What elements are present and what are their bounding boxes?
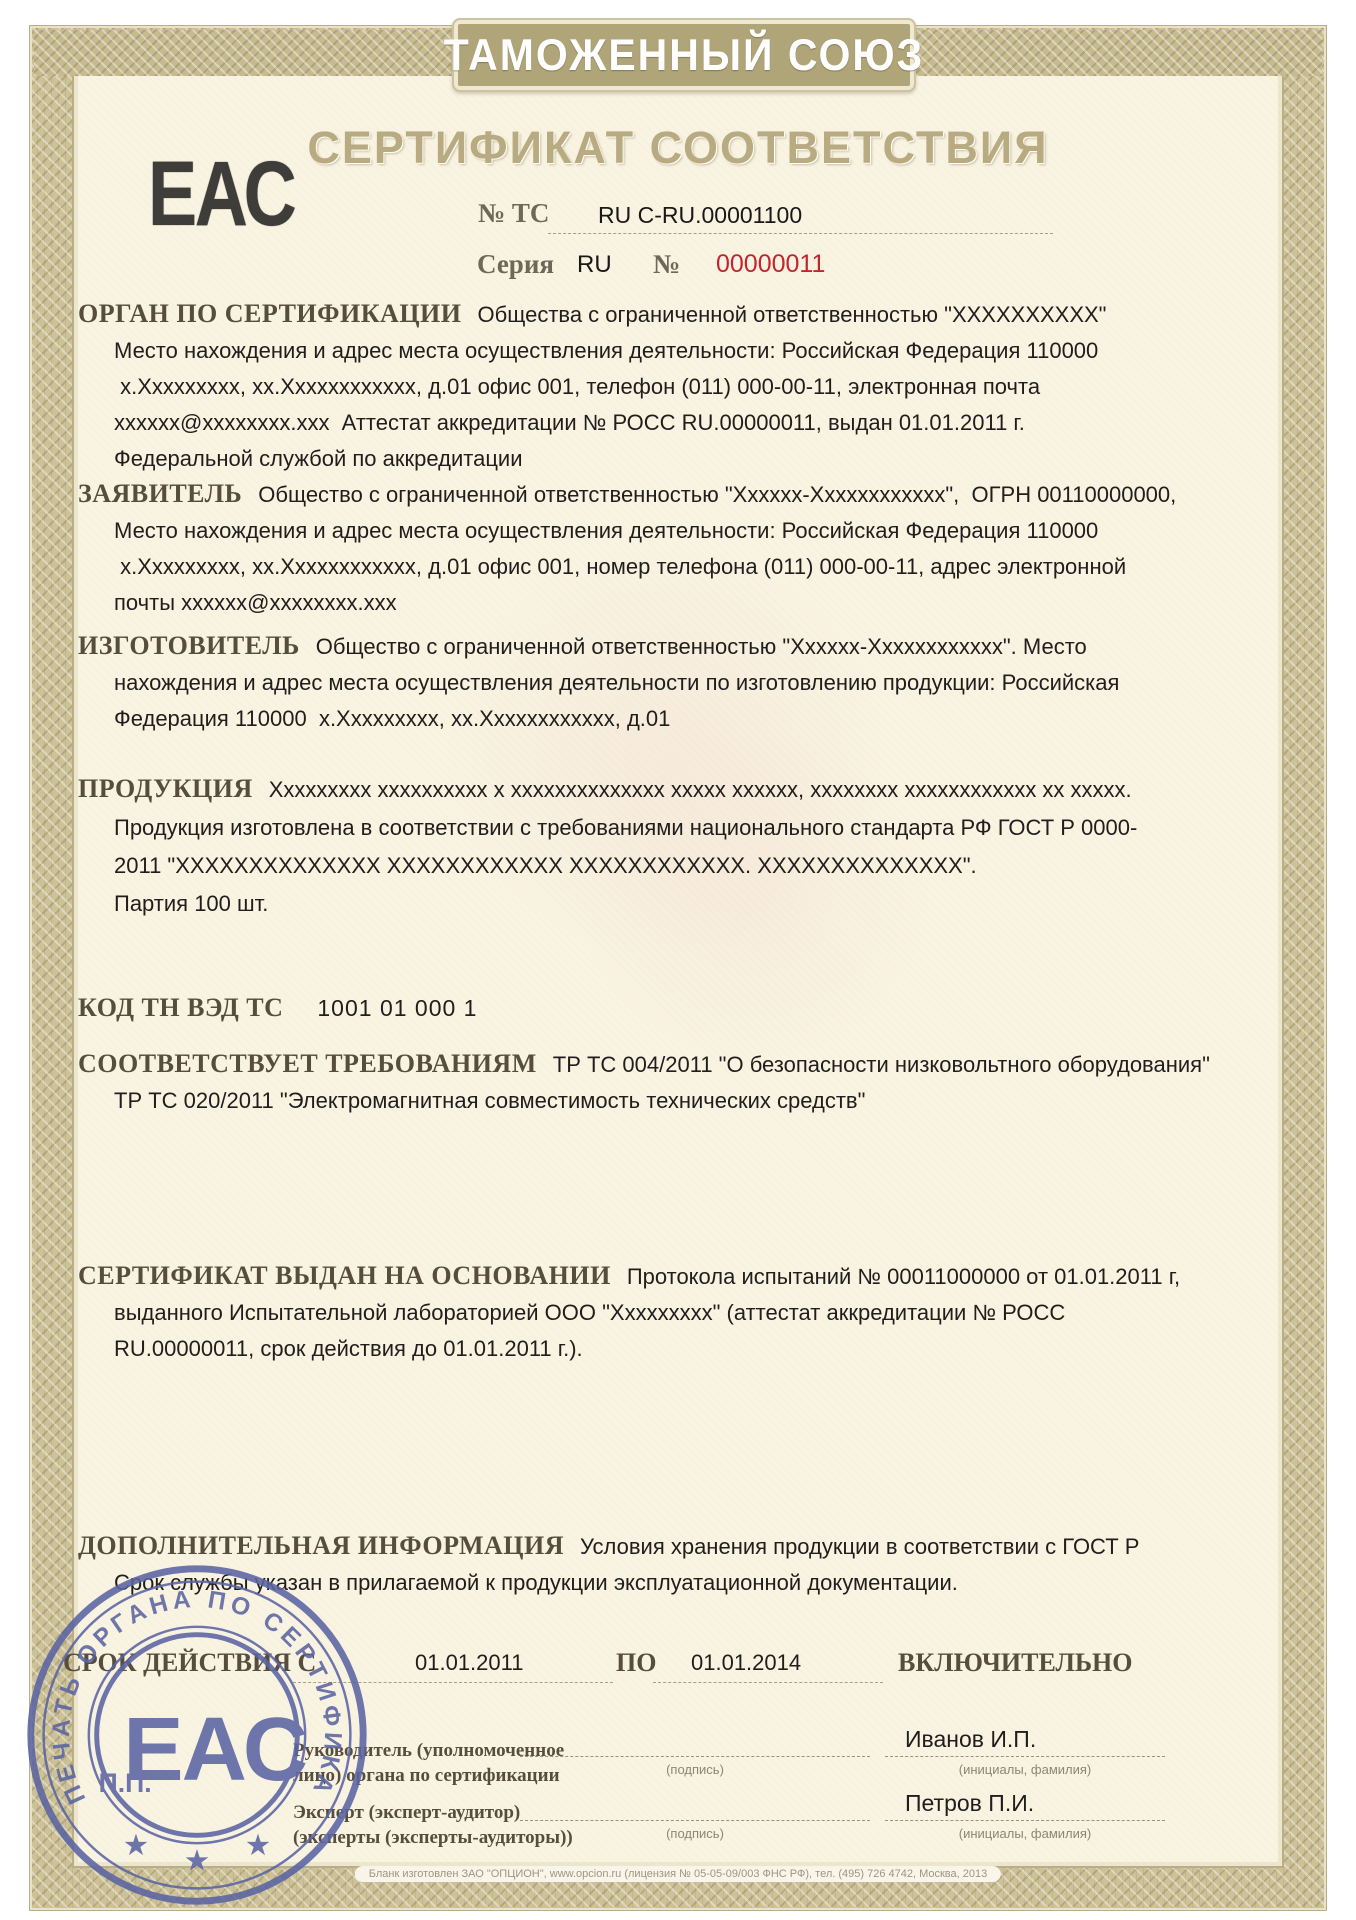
head-signer-name: Иванов И.П.	[905, 1726, 1036, 1753]
section-manufacturer: ИЗГОТОВИТЕЛЬОбщество с ограниченной отве…	[78, 628, 1236, 737]
certificate-page: ТАМОЖЕННЫЙ СОЮЗ ЕАС СЕРТИФИКАТ СООТВЕТСТ…	[0, 0, 1356, 1920]
series-no-sign: №	[653, 249, 680, 280]
head-signature-caption: (подпись)	[520, 1762, 870, 1777]
validity-from-date: 01.01.2011	[415, 1650, 523, 1676]
section-tnved-code: КОД ТН ВЭД ТС1001 01 000 1	[78, 990, 1236, 1027]
expert-signature-caption: (подпись)	[520, 1826, 870, 1841]
section-products-text: Ххххххххх хххххххххх х хххххххххххххх хх…	[114, 777, 1137, 916]
section-manufacturer-label: ИЗГОТОВИТЕЛЬ	[78, 631, 300, 660]
number-value: RU C-RU.00001100	[598, 202, 802, 229]
expert-signer-name: Петров П.И.	[905, 1790, 1034, 1817]
expert-name-line	[885, 1820, 1165, 1821]
document-title: СЕРТИФИКАТ СООТВЕТСТВИЯ	[0, 122, 1356, 174]
section-applicant: ЗАЯВИТЕЛЬОбщество с ограниченной ответст…	[78, 476, 1236, 621]
section-products-label: ПРОДУКЦИЯ	[78, 774, 253, 803]
stamp-star-icon: ★	[245, 1829, 271, 1862]
certification-body-stamp: ПЕЧАТЬ ОРГАНА ПО СЕРТИФИКАЦИИ ЕАС П.П. ★…	[20, 1558, 374, 1912]
section-products: ПРОДУКЦИЯХхххххххх хххххххххх х хххххххх…	[78, 770, 1236, 923]
stamp-star-icon: ★	[123, 1829, 149, 1862]
section-applicant-label: ЗАЯВИТЕЛЬ	[78, 479, 242, 508]
expert-name-caption: (инициалы, фамилия)	[885, 1826, 1165, 1841]
expert-signature-line	[520, 1820, 870, 1821]
section-certification-body-label: ОРГАН ПО СЕРТИФИКАЦИИ	[78, 299, 462, 328]
section-tnved-code-label: КОД ТН ВЭД ТС	[78, 993, 283, 1022]
section-additional-info-label: ДОПОЛНИТЕЛЬНАЯ ИНФОРМАЦИЯ	[78, 1531, 564, 1560]
section-complies-with: СООТВЕТСТВУЕТ ТРЕБОВАНИЯМТР ТС 004/2011 …	[78, 1046, 1236, 1119]
validity-to-date: 01.01.2014	[691, 1650, 801, 1676]
section-certification-body: ОРГАН ПО СЕРТИФИКАЦИИОбщества с ограниче…	[78, 296, 1236, 477]
head-name-line	[885, 1756, 1165, 1757]
series-value: RU	[577, 251, 612, 279]
section-complies-with-label: СООТВЕТСТВУЕТ ТРЕБОВАНИЯМ	[78, 1049, 537, 1078]
head-name-caption: (инициалы, фамилия)	[885, 1762, 1165, 1777]
head-signature-line	[520, 1756, 870, 1757]
series-number: 00000011	[716, 250, 825, 279]
customs-union-banner: ТАМОЖЕННЫЙ СОЮЗ	[452, 18, 916, 92]
section-issued-basis: СЕРТИФИКАТ ВЫДАН НА ОСНОВАНИИПротокола и…	[78, 1258, 1236, 1367]
section-applicant-text: Общество с ограниченной ответственностью…	[114, 482, 1176, 615]
validity-po-label: ПО	[616, 1648, 656, 1678]
validity-inclusive-label: ВКЛЮЧИТЕЛЬНО	[898, 1648, 1133, 1678]
validity-to-underline	[653, 1682, 883, 1683]
series-label: Серия	[477, 249, 554, 280]
tnved-code-value: 1001 01 000 1	[317, 995, 477, 1021]
customs-union-banner-text: ТАМОЖЕННЫЙ СОЮЗ	[444, 30, 925, 81]
number-underline	[548, 233, 1053, 234]
number-label: № ТС	[478, 198, 549, 229]
blank-manufacturer-note: Бланк изготовлен ЗАО "ОПЦИОН", www.opcio…	[355, 1866, 1001, 1882]
stamp-pp-text: П.П.	[99, 1768, 152, 1798]
stamp-star-icon: ★	[184, 1845, 210, 1878]
section-issued-basis-label: СЕРТИФИКАТ ВЫДАН НА ОСНОВАНИИ	[78, 1261, 611, 1290]
